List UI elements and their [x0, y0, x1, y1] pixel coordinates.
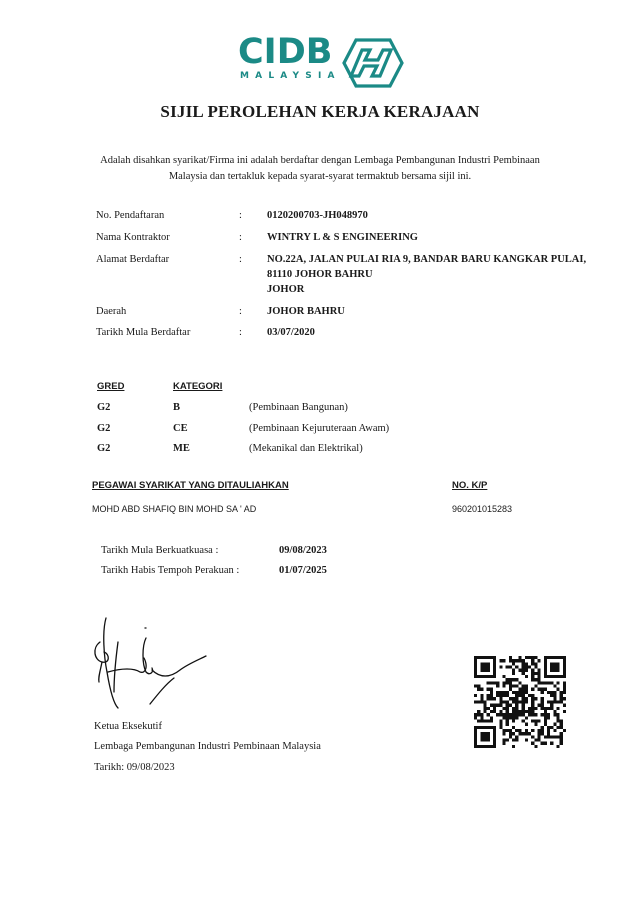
officer-header: PEGAWAI SYARIKAT YANG DITAULIAHKAN	[92, 480, 289, 491]
qr-code[interactable]	[474, 656, 566, 748]
signatory-date: Tarikh: 09/08/2023	[94, 761, 175, 775]
district-label: Daerah	[96, 305, 126, 319]
signature-image	[88, 612, 218, 712]
district-value: JOHOR BAHRU	[267, 305, 345, 319]
grade-header: GRED	[97, 381, 124, 392]
registration-no-value: 0120200703-JH048970	[267, 209, 368, 223]
address-line-3: JOHOR	[267, 283, 304, 297]
logo-wordmark: CIDB	[238, 34, 332, 70]
officer-name: MOHD ABD SHAFIQ BIN MOHD SA ' AD	[92, 504, 256, 514]
category-description: (Mekanikal dan Elektrikal)	[249, 443, 363, 454]
category-value: CE	[173, 423, 188, 434]
category-value: B	[173, 402, 180, 413]
officer-ic: 960201015283	[452, 504, 512, 514]
cidb-hexagon-logo-icon	[340, 38, 404, 88]
intro-text: Adalah disahkan syarikat/Firma ini adala…	[60, 153, 580, 185]
certificate-title: SIJIL PEROLEHAN KERJA KERAJAAN	[0, 102, 640, 122]
grade-value: G2	[97, 423, 110, 434]
address-label: Alamat Berdaftar	[96, 253, 169, 267]
category-description: (Pembinaan Bangunan)	[249, 402, 348, 413]
separator: :	[239, 253, 242, 267]
validity-end-label: Tarikh Habis Tempoh Perakuan :	[101, 564, 239, 578]
contractor-name-label: Nama Kontraktor	[96, 231, 170, 245]
separator: :	[239, 326, 242, 340]
ic-header: NO. K/P	[452, 480, 487, 491]
contractor-name-value: WINTRY L & S ENGINEERING	[267, 231, 418, 245]
intro-line-2: Malaysia dan tertakluk kepada syarat-sya…	[60, 169, 580, 185]
address-line-1: NO.22A, JALAN PULAI RIA 9, BANDAR BARU K…	[267, 253, 586, 267]
validity-start-label: Tarikh Mula Berkuatkuasa :	[101, 544, 218, 558]
grade-value: G2	[97, 402, 110, 413]
intro-line-1: Adalah disahkan syarikat/Firma ini adala…	[60, 153, 580, 169]
registration-no-label: No. Pendaftaran	[96, 209, 164, 223]
category-description: (Pembinaan Kejuruteraan Awam)	[249, 423, 389, 434]
validity-end-value: 01/07/2025	[279, 564, 327, 578]
grade-value: G2	[97, 443, 110, 454]
signatory-title: Ketua Eksekutif	[94, 720, 162, 734]
address-line-2: 81110 JOHOR BAHRU	[267, 268, 373, 282]
logo-subtitle: MALAYSIA	[240, 71, 341, 81]
category-header: KATEGORI	[173, 381, 222, 392]
registration-date-value: 03/07/2020	[267, 326, 315, 340]
registration-date-label: Tarikh Mula Berdaftar	[96, 326, 190, 340]
separator: :	[239, 305, 242, 319]
validity-start-value: 09/08/2023	[279, 544, 327, 558]
signatory-organization: Lembaga Pembangunan Industri Pembinaan M…	[94, 740, 321, 754]
category-value: ME	[173, 443, 190, 454]
separator: :	[239, 209, 242, 223]
separator: :	[239, 231, 242, 245]
